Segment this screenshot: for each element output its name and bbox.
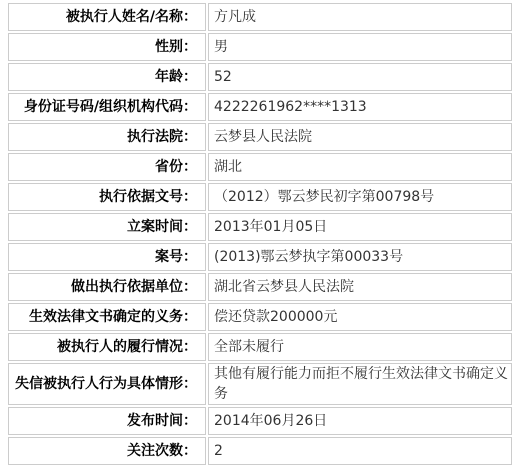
field-value: 2013年01月05日 [208, 213, 512, 241]
field-value: 湖北省云梦县人民法院 [208, 273, 512, 301]
table-row: 省份：湖北 [8, 153, 512, 181]
table-row: 关注次数：2 [8, 437, 512, 465]
table-row: 性别：男 [8, 33, 512, 61]
field-label: 执行依据文号： [8, 183, 206, 211]
field-label: 案号： [8, 243, 206, 271]
field-label: 被执行人的履行情况： [8, 333, 206, 361]
table-row: 失信被执行人行为具体情形：其他有履行能力而拒不履行生效法律文书确定义务 [8, 363, 512, 405]
field-value: (2013)鄂云梦执字第00033号 [208, 243, 512, 271]
table-row: 生效法律文书确定的义务：偿还贷款200000元 [8, 303, 512, 331]
field-label: 性别： [8, 33, 206, 61]
field-value: 2 [208, 437, 512, 465]
table-row: 被执行人姓名/名称：方凡成 [8, 3, 512, 31]
field-value: 其他有履行能力而拒不履行生效法律文书确定义务 [208, 363, 512, 405]
field-label: 年龄： [8, 63, 206, 91]
table-row: 发布时间：2014年06月26日 [8, 407, 512, 435]
field-value: 4222261962****1313 [208, 93, 512, 121]
field-value: （2012）鄂云梦民初字第00798号 [208, 183, 512, 211]
table-row: 执行依据文号：（2012）鄂云梦民初字第00798号 [8, 183, 512, 211]
table-row: 做出执行依据单位：湖北省云梦县人民法院 [8, 273, 512, 301]
table-row: 被执行人的履行情况：全部未履行 [8, 333, 512, 361]
field-value: 云梦县人民法院 [208, 123, 512, 151]
field-label: 失信被执行人行为具体情形： [8, 363, 206, 405]
field-label: 生效法律文书确定的义务： [8, 303, 206, 331]
field-value: 偿还贷款200000元 [208, 303, 512, 331]
field-label: 被执行人姓名/名称： [8, 3, 206, 31]
field-label: 身份证号码/组织机构代码： [8, 93, 206, 121]
table-body: 被执行人姓名/名称：方凡成性别：男年龄：52身份证号码/组织机构代码：42222… [8, 3, 512, 465]
field-label: 关注次数： [8, 437, 206, 465]
field-value: 2014年06月26日 [208, 407, 512, 435]
field-label: 执行法院： [8, 123, 206, 151]
defaulter-record-table: 被执行人姓名/名称：方凡成性别：男年龄：52身份证号码/组织机构代码：42222… [6, 1, 514, 467]
field-label: 立案时间： [8, 213, 206, 241]
field-label: 做出执行依据单位： [8, 273, 206, 301]
field-label: 省份： [8, 153, 206, 181]
field-value: 全部未履行 [208, 333, 512, 361]
table-row: 年龄：52 [8, 63, 512, 91]
table-row: 执行法院：云梦县人民法院 [8, 123, 512, 151]
field-value: 方凡成 [208, 3, 512, 31]
table-row: 身份证号码/组织机构代码：4222261962****1313 [8, 93, 512, 121]
table-row: 立案时间：2013年01月05日 [8, 213, 512, 241]
field-value: 52 [208, 63, 512, 91]
field-value: 男 [208, 33, 512, 61]
table-row: 案号：(2013)鄂云梦执字第00033号 [8, 243, 512, 271]
field-value: 湖北 [208, 153, 512, 181]
field-label: 发布时间： [8, 407, 206, 435]
